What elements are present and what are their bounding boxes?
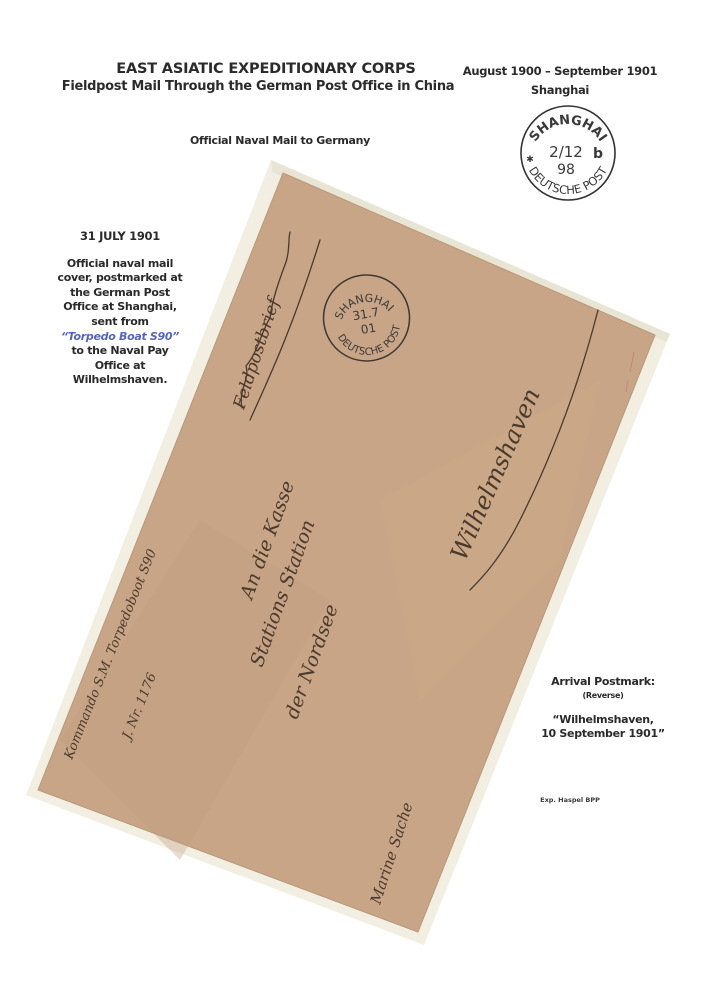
arrival-quote-2: 10 September 1901” — [528, 727, 678, 742]
ship-name: “Torpedo Boat S90” — [35, 330, 205, 345]
caption-line: Office at Shanghai, — [35, 300, 205, 315]
arrival-quote-1: “Wilhelmshaven, — [528, 713, 678, 728]
arrival-title: Arrival Postmark: — [528, 675, 678, 690]
caption-line: Office at — [35, 359, 205, 374]
arrival-note: (Reverse) — [528, 690, 678, 701]
caption-line: the German Post — [35, 286, 205, 301]
caption-line: sent from — [35, 315, 205, 330]
caption-line: cover, postmarked at — [35, 271, 205, 286]
caption-line: Wilhelmshaven. — [35, 373, 205, 388]
caption-line: to the Naval Pay — [35, 344, 205, 359]
right-caption: Arrival Postmark: (Reverse) “Wilhelmshav… — [528, 675, 678, 742]
cover-postmark-year: 01 — [360, 321, 377, 337]
expertise-note: Exp. Haspel BPP — [522, 796, 618, 804]
cover-image: SHANGHAI DEUTSCHE POST 31.7 01 Feldpostb… — [0, 0, 720, 991]
left-caption: 31 JULY 1901 Official naval mail cover, … — [35, 229, 205, 388]
cover-date: 31 JULY 1901 — [35, 229, 205, 244]
caption-line: Official naval mail — [35, 257, 205, 272]
